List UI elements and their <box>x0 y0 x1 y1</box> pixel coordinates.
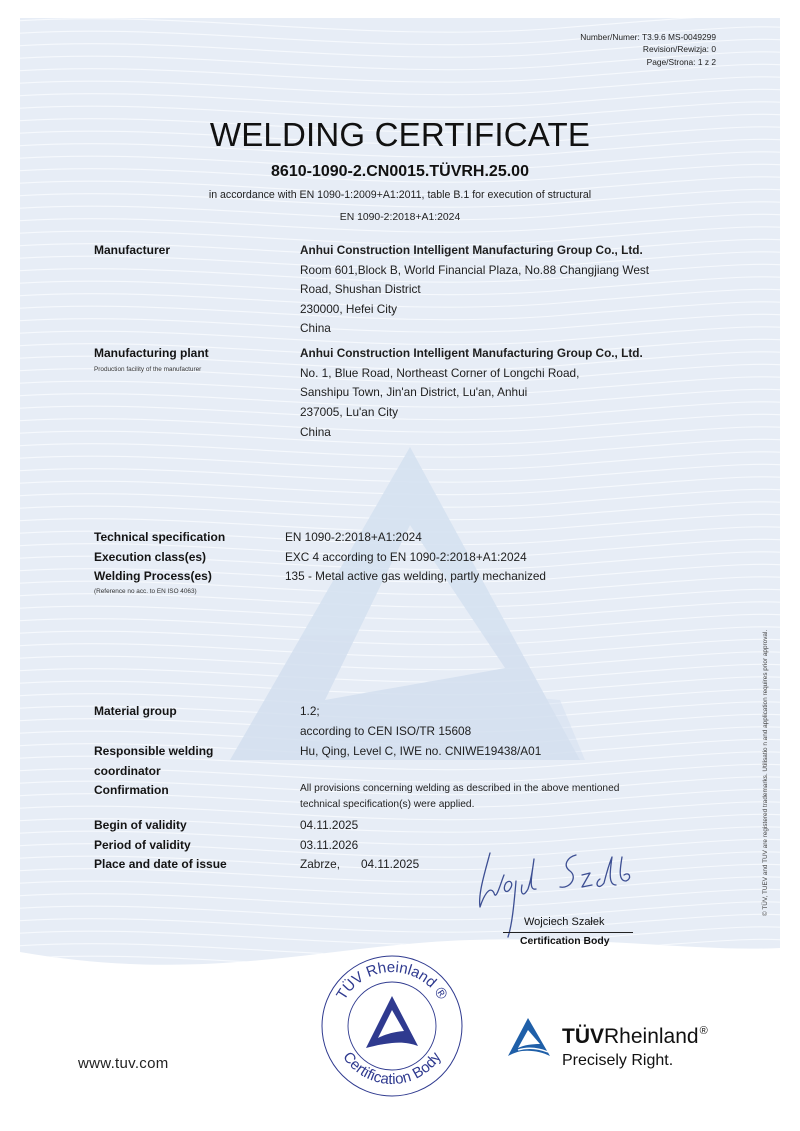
issue-place: Zabrze, <box>300 857 340 871</box>
manufacturer-address-line: Room 601,Block B, World Financial Plaza,… <box>300 263 649 277</box>
confirmation-text: All provisions concerning welding as des… <box>300 783 619 794</box>
signature-line <box>503 932 633 933</box>
brand-name-bold: TÜV <box>562 1025 604 1048</box>
manufacturer-label: Manufacturer <box>94 243 170 257</box>
welding-process-value: 135 - Metal active gas welding, partly m… <box>285 569 546 583</box>
plant-address-line: China <box>300 425 331 439</box>
plant-address-line: No. 1, Blue Road, Northeast Corner of Lo… <box>300 366 579 380</box>
certificate-number: 8610-1090-2.CN0015.TÜVRH.25.00 <box>0 163 800 181</box>
trademark-note: © TÜV, TUEV and TUV are registered trade… <box>762 630 769 916</box>
issue-date: 04.11.2025 <box>361 857 419 871</box>
accordance-standard: EN 1090-2:2018+A1:2024 <box>0 212 800 223</box>
material-group-standard: according to CEN ISO/TR 15608 <box>300 724 471 738</box>
accordance-statement: in accordance with EN 1090-1:2009+A1:201… <box>0 189 800 201</box>
execution-class-label: Execution class(es) <box>94 550 206 564</box>
begin-validity-value: 04.11.2025 <box>300 818 358 832</box>
coordinator-label: Responsible welding <box>94 744 213 758</box>
period-validity-label: Period of validity <box>94 838 191 852</box>
execution-class-value: EXC 4 according to EN 1090-2:2018+A1:202… <box>285 550 527 564</box>
certification-seal: TÜV Rheinland ® Certification Body <box>318 952 466 1100</box>
manufacturer-address-line: Road, Shushan District <box>300 282 421 296</box>
technical-specification-label: Technical specification <box>94 530 225 544</box>
website-link[interactable]: www.tuv.com <box>78 1055 169 1072</box>
manufacturer-address-line: 230000, Hefei City <box>300 302 397 316</box>
brand-name: TÜVRheinland® <box>562 1025 708 1049</box>
brand-tagline: Precisely Right. <box>562 1052 673 1070</box>
manufacturer-name: Anhui Construction Intelligent Manufactu… <box>300 243 643 257</box>
period-validity-value: 03.11.2026 <box>300 838 358 852</box>
plant-address-line: Sanshipu Town, Jin'an District, Lu'an, A… <box>300 385 527 399</box>
tuv-rheinland-logo-icon <box>506 1016 554 1058</box>
brand-name-rest: Rheinland <box>604 1025 699 1048</box>
document-number: Number/Numer: T3.9.6 MS-0049299 <box>580 31 716 43</box>
manufacturer-address-line: China <box>300 321 331 335</box>
page-indicator: Page/Strona: 1 z 2 <box>580 56 716 68</box>
signatory-name: Wojciech Szałek <box>524 916 605 928</box>
coordinator-label-cont: coordinator <box>94 764 161 778</box>
registered-mark: ® <box>700 1025 708 1037</box>
welding-process-label: Welding Process(es) <box>94 569 212 583</box>
plant-name: Anhui Construction Intelligent Manufactu… <box>300 346 643 360</box>
coordinator-value: Hu, Qing, Level C, IWE no. CNIWE19438/A0… <box>300 744 541 758</box>
confirmation-text-cont: technical specification(s) were applied. <box>300 799 474 810</box>
revision: Revision/Rewizja: 0 <box>580 43 716 55</box>
page-title: WELDING CERTIFICATE <box>0 116 800 154</box>
welding-process-sublabel: (Reference no acc. to EN ISO 4063) <box>94 588 197 595</box>
material-group-label: Material group <box>94 704 177 718</box>
plant-label: Manufacturing plant <box>94 346 209 360</box>
technical-specification-value: EN 1090-2:2018+A1:2024 <box>285 530 422 544</box>
material-group-value: 1.2; <box>300 704 320 718</box>
plant-sublabel: Production facility of the manufacturer <box>94 366 201 373</box>
document-meta: Number/Numer: T3.9.6 MS-0049299 Revision… <box>580 31 716 68</box>
plant-address-line: 237005, Lu'an City <box>300 405 398 419</box>
begin-validity-label: Begin of validity <box>94 818 187 832</box>
confirmation-label: Confirmation <box>94 783 169 797</box>
signatory-role: Certification Body <box>520 936 609 947</box>
issue-label: Place and date of issue <box>94 857 227 871</box>
